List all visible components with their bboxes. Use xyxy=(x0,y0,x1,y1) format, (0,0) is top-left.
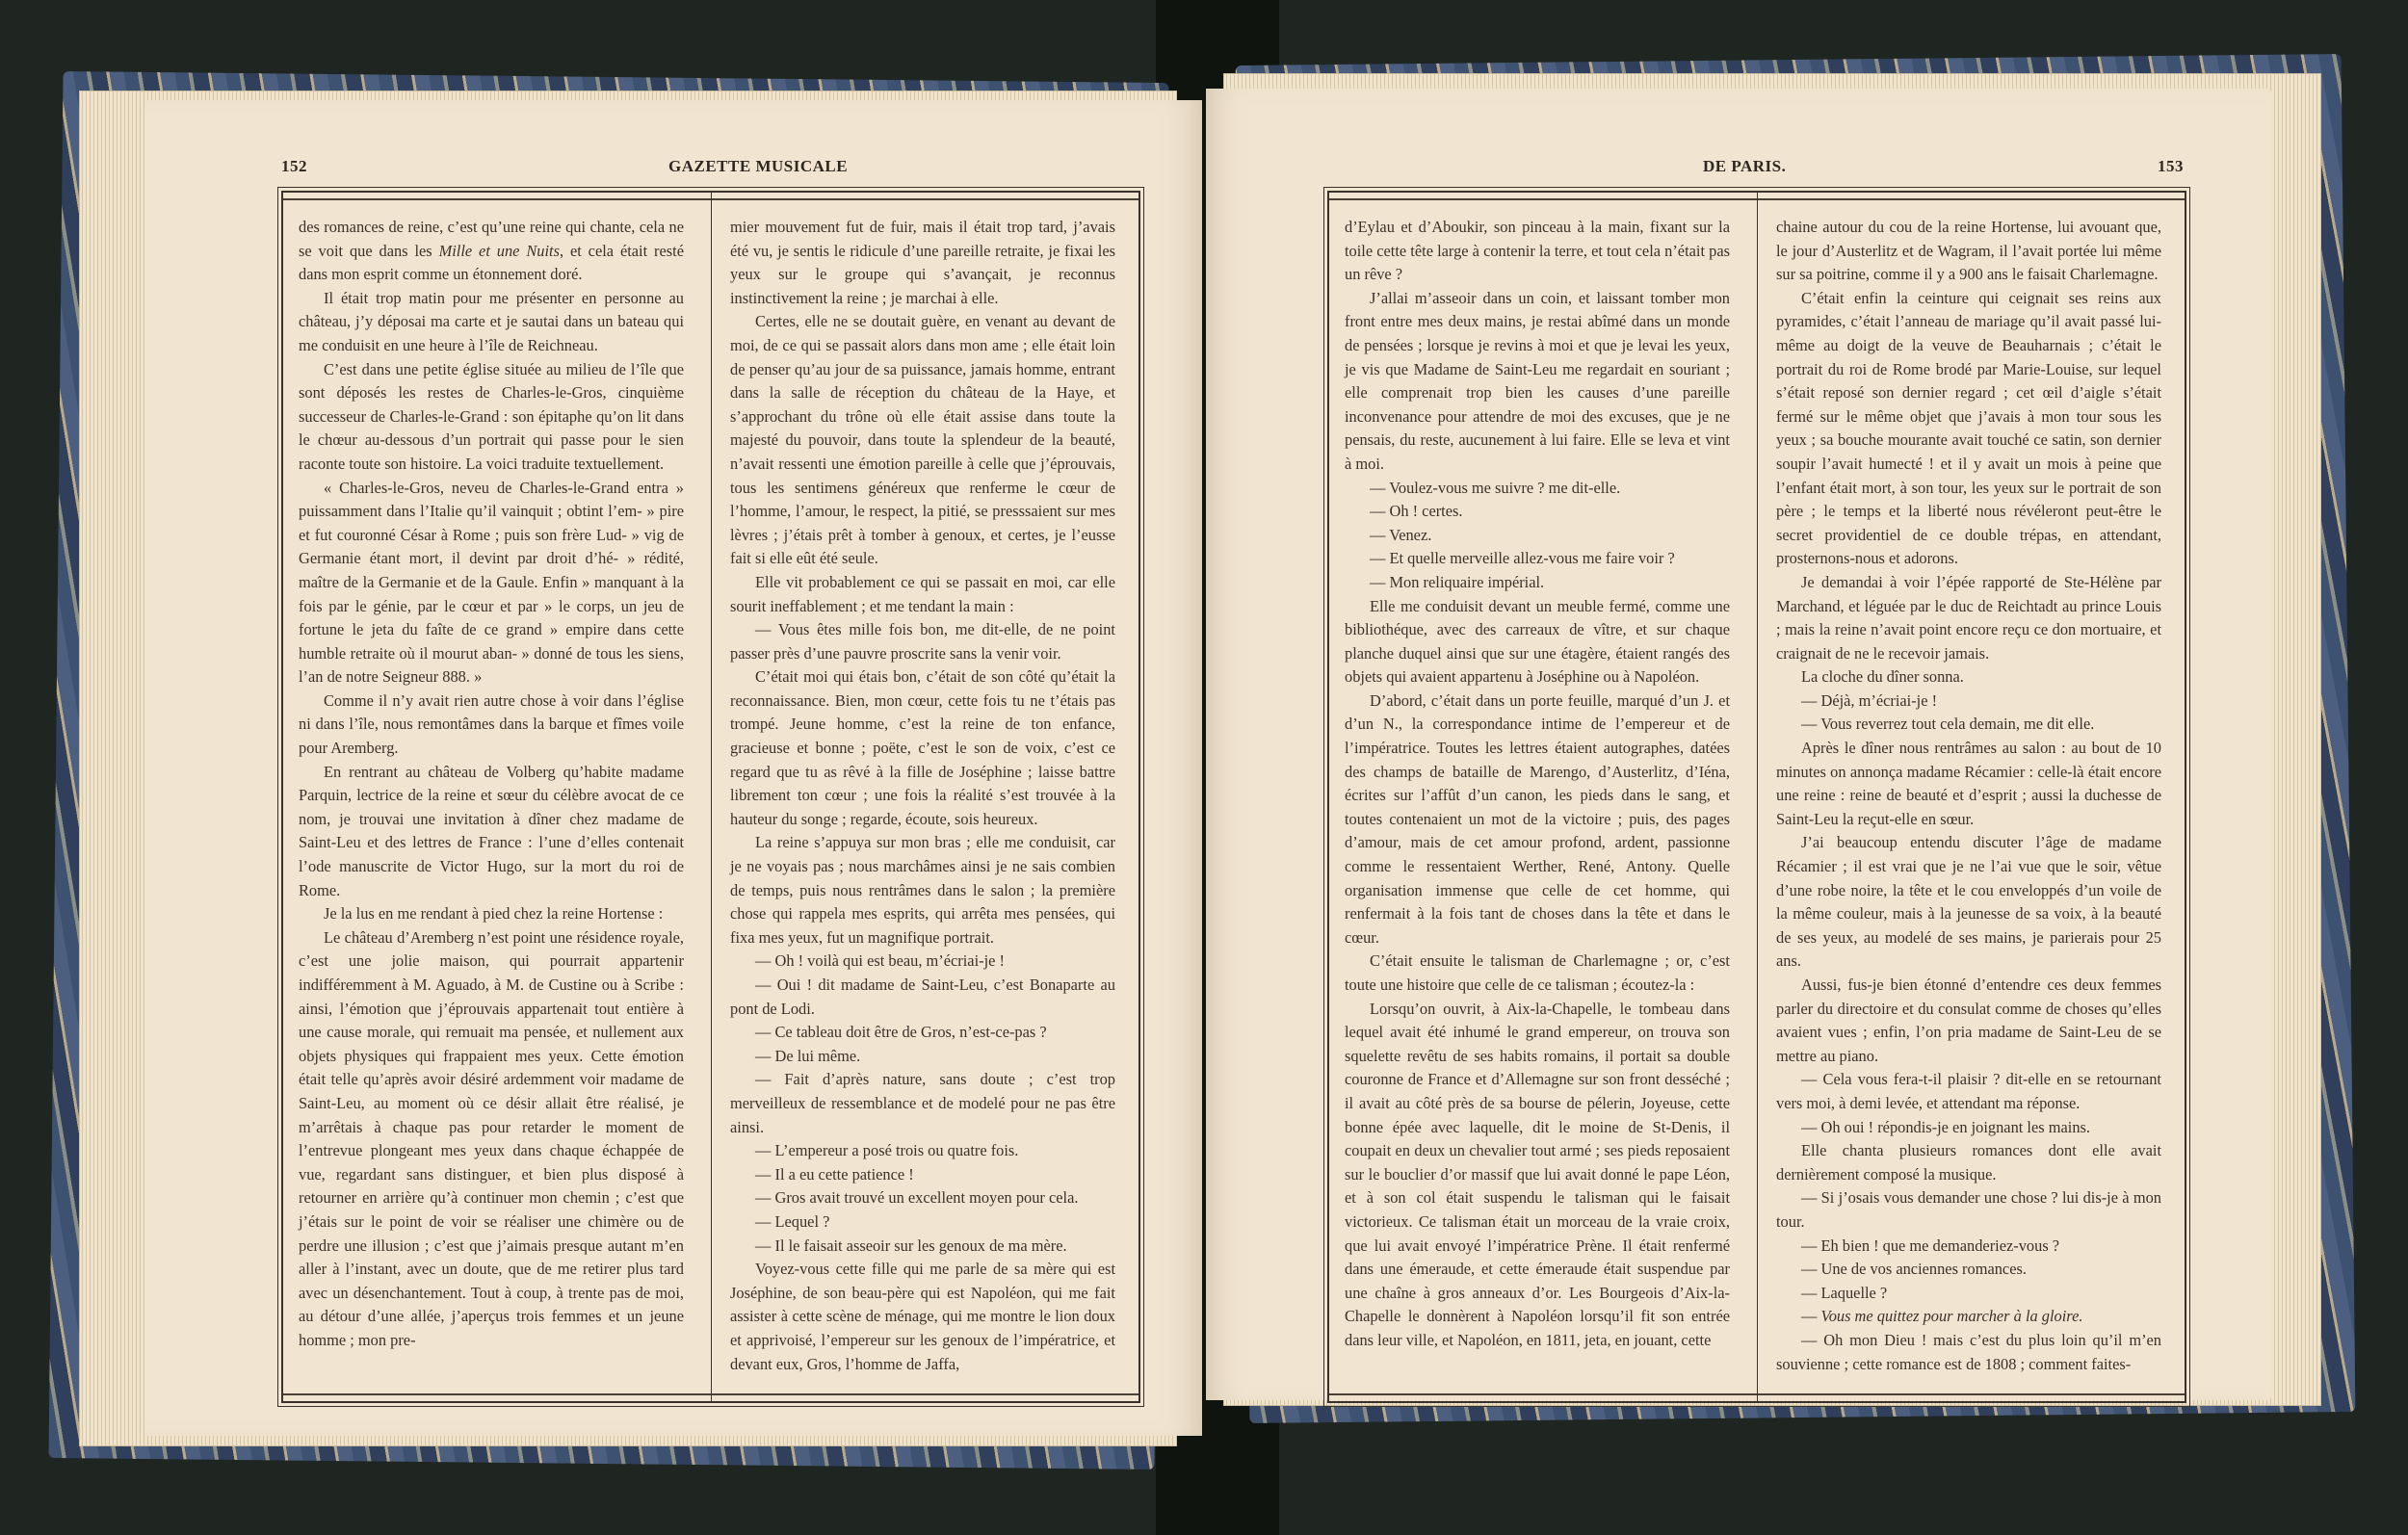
paragraph: — Oh ! voilà qui est beau, m’écriai-je ! xyxy=(730,950,1115,974)
paragraph: C’était moi qui étais bon, c’était de so… xyxy=(730,665,1115,831)
paragraph: — Si j’osais vous demander une chose ? l… xyxy=(1776,1186,2161,1234)
column-1: des romances de reine, c’est qu’une rein… xyxy=(299,216,684,1353)
paragraph: des romances de reine, c’est qu’une rein… xyxy=(299,216,684,287)
paragraph: — Oh ! certes. xyxy=(1345,500,1730,524)
left-page-number: 152 xyxy=(281,157,307,176)
column-2: mier mouvement fut de fuir, mais il étai… xyxy=(730,216,1115,1376)
paragraph: Après le dîner nous rentrâmes au salon :… xyxy=(1776,737,2161,831)
paragraph: Elle vit probablement ce qui se passait … xyxy=(730,571,1115,618)
column-3: d’Eylau et d’Aboukir, son pinceau à la m… xyxy=(1345,216,1730,1353)
paragraph: — Fait d’après nature, sans doute ; c’es… xyxy=(730,1068,1115,1139)
paragraph: Elle me conduisit devant un meuble fermé… xyxy=(1345,595,1730,689)
paragraph: — De lui même. xyxy=(730,1045,1115,1069)
paragraph: Certes, elle ne se doutait guère, en ven… xyxy=(730,310,1115,571)
paragraph: « Charles-le-Gros, neveu de Charles-le-G… xyxy=(299,477,684,689)
paragraph: J’allai m’asseoir dans un coin, et laiss… xyxy=(1345,287,1730,477)
paragraph: — L’empereur a posé trois ou quatre fois… xyxy=(730,1139,1115,1163)
left-text-frame: des romances de reine, c’est qu’une rein… xyxy=(281,191,1140,1403)
paragraph: Le château d’Aremberg n’est point une ré… xyxy=(299,926,684,1353)
paragraph: Lorsqu’on ouvrit, à Aix-la-Chapelle, le … xyxy=(1345,998,1730,1353)
paragraph: C’était enfin la ceinture qui ceignait s… xyxy=(1776,287,2161,571)
paragraph: — Lequel ? xyxy=(730,1210,1115,1235)
paragraph: Je demandai à voir l’épée rapporté de St… xyxy=(1776,571,2161,665)
paragraph: Voyez-vous cette fille qui me parle de s… xyxy=(730,1258,1115,1376)
paragraph: Comme il n’y avait rien autre chose à vo… xyxy=(299,689,684,761)
paragraph: — Gros avait trouvé un excellent moyen p… xyxy=(730,1186,1115,1210)
paragraph: J’ai beaucoup entendu discuter l’âge de … xyxy=(1776,831,2161,974)
paragraph: chaine autour du cou de la reine Hortens… xyxy=(1776,216,2161,287)
paragraph: — Il le faisait asseoir sur les genoux d… xyxy=(730,1235,1115,1259)
paragraph: — Ce tableau doit être de Gros, n’est-ce… xyxy=(730,1021,1115,1045)
paragraph: mier mouvement fut de fuir, mais il étai… xyxy=(730,216,1115,310)
paragraph: — Oui ! dit madame de Saint-Leu, c’est B… xyxy=(730,974,1115,1021)
paragraph: Je la lus en me rendant à pied chez la r… xyxy=(299,902,684,926)
right-text-frame: d’Eylau et d’Aboukir, son pinceau à la m… xyxy=(1327,191,2186,1403)
paragraph: C’est dans une petite église située au m… xyxy=(299,358,684,477)
column-divider xyxy=(1757,193,1758,1401)
paragraph: Aussi, fus-je bien étonné d’entendre ces… xyxy=(1776,974,2161,1068)
paragraph: — Oh mon Dieu ! mais c’est du plus loin … xyxy=(1776,1329,2161,1376)
paragraph: Elle chanta plusieurs romances dont elle… xyxy=(1776,1139,2161,1186)
paragraph: — Cela vous fera-t-il plaisir ? dit-elle… xyxy=(1776,1068,2161,1115)
paragraph: La cloche du dîner sonna. xyxy=(1776,665,2161,689)
paragraph: d’Eylau et d’Aboukir, son pinceau à la m… xyxy=(1345,216,1730,287)
paragraph: — Eh bien ! que me demanderiez-vous ? xyxy=(1776,1235,2161,1259)
paragraph: — Venez. xyxy=(1345,524,1730,548)
paragraph: D’abord, c’était dans un porte feuille, … xyxy=(1345,689,1730,950)
paragraph: — Une de vos anciennes romances. xyxy=(1776,1258,2161,1282)
paragraph: — Laquelle ? xyxy=(1776,1282,2161,1306)
paragraph: — Mon reliquaire impérial. xyxy=(1345,571,1730,595)
column-4: chaine autour du cou de la reine Hortens… xyxy=(1776,216,2161,1376)
paragraph: En rentrant au château de Volberg qu’hab… xyxy=(299,761,684,903)
paragraph: — Vous reverrez tout cela demain, me dit… xyxy=(1776,713,2161,737)
paragraph: — Voulez-vous me suivre ? me dit-elle. xyxy=(1345,477,1730,501)
paragraph: — Déjà, m’écriai-je ! xyxy=(1776,689,2161,714)
paragraph: — Oh oui ! répondis-je en joignant les m… xyxy=(1776,1116,2161,1140)
paragraph: Il était trop matin pour me présenter en… xyxy=(299,287,684,358)
paragraph: — Et quelle merveille allez-vous me fair… xyxy=(1345,547,1730,571)
paragraph: — Vous êtes mille fois bon, me dit-elle,… xyxy=(730,618,1115,665)
paragraph: C’était ensuite le talisman de Charlemag… xyxy=(1345,950,1730,997)
column-divider xyxy=(711,193,712,1401)
paragraph: — Il a eu cette patience ! xyxy=(730,1163,1115,1187)
paragraph: — Vous me quittez pour marcher à la gloi… xyxy=(1776,1305,2161,1329)
left-running-head: GAZETTE MUSICALE xyxy=(668,157,848,176)
paragraph: La reine s’appuya sur mon bras ; elle me… xyxy=(730,831,1115,950)
right-running-head: DE PARIS. xyxy=(1703,157,1786,176)
right-page-number: 153 xyxy=(2158,157,2184,176)
